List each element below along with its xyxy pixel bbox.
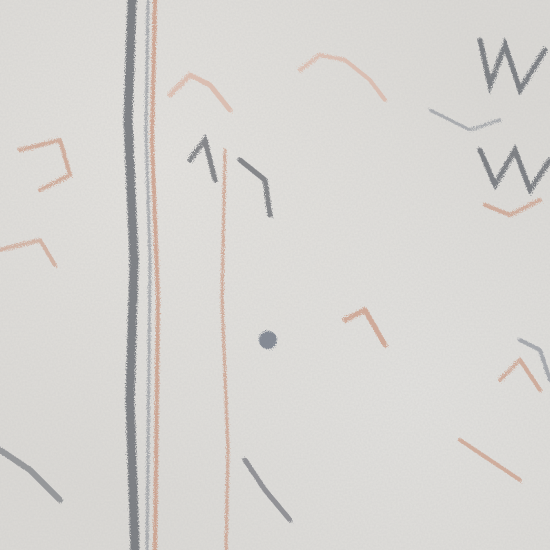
rug-texture-photo [0, 0, 550, 550]
pile-grain [0, 0, 550, 550]
rug-pattern [0, 0, 550, 550]
center-slate-knot [259, 331, 277, 349]
